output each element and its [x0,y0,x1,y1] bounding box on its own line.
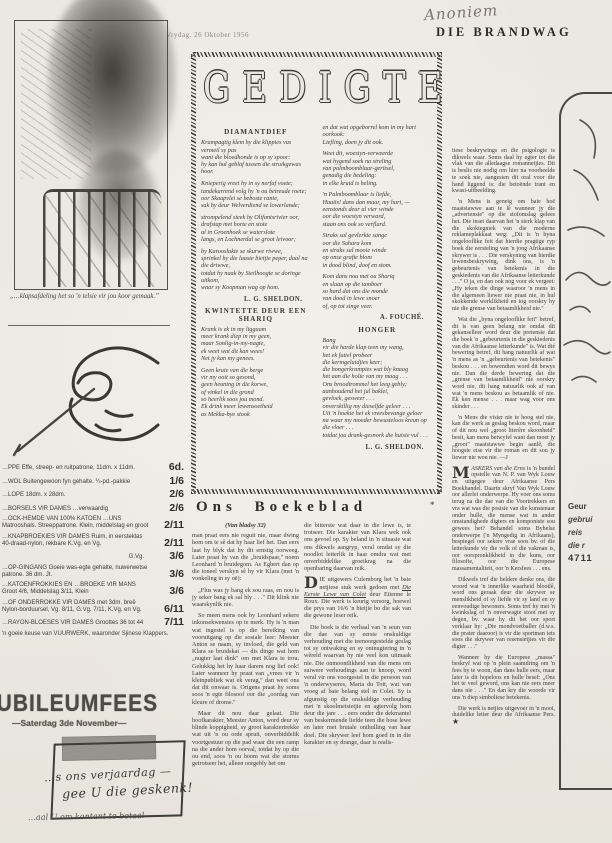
right-ad-sketch [560,110,612,430]
jubileumfees-date: —Saterdag 3de November— [12,718,126,728]
book-title-maskers: ASKERS van die Erns [471,466,525,472]
poem-title-honger: HONGER [323,327,433,334]
column-divider [8,325,170,326]
cartoon-caption: „…klapsafdeling het so 'n telsie vir jou… [10,293,172,302]
price-row: …WOL Buitengewoon fyn gehalte. ¼-pd.-pak… [2,476,184,486]
rope-border-top [191,52,442,57]
poem-stanza: Geen kruie van die berge vir my ooit so … [201,367,311,418]
boekeblad-heading: Ons Boekeblad [196,499,367,516]
jubileumfees-heading: JUBILEUMFEES [0,690,194,718]
poem-stanza: Bang vir die harde klap teen my wang, he… [323,337,433,439]
price-row: …KNAPBROEKIES VIR DAMES Ruim, in eerstek… [2,534,184,548]
review-column-right: tiese beskrywings en die psigologie is d… [452,148,555,731]
continuation-note: (Van bladsy 32) [192,522,299,529]
rope-border-bottom [191,489,442,494]
price-row: …BORSELS VIR DAMES …verwaardig 2/6 [2,503,184,513]
item-price: 3/6 [150,586,184,596]
advert-price-list: …PPE Effe, streep- en ruitpatrone, 11dm.… [2,462,184,638]
price-row: …OP-GINGANG Goeie was-egte gehalte, nuwe… [2,565,184,579]
item-desc: …OP-GINGANG Goeie was-egte gehalte, nuwe… [2,565,150,579]
right-ad-text: Geur gebrui reis die r 4711 [568,500,612,565]
ad-line: Geur [568,500,612,513]
item-price: 1/6 [150,476,184,486]
price-row: …KATOENFROKKIES EN …BROEKE VIR MANS Groo… [2,582,184,596]
item-price: 7/11 [150,617,184,627]
price-row: …RAYON-BLOESES VIR DAMES Groottes 36 tot… [2,617,184,627]
poem-stanza: Knieperig vreet hy in sy nerfaf voete; t… [201,180,311,209]
item-desc: …KATOENFROKKIES EN …BROEKE VIR MANS Groo… [2,582,150,596]
ad-line: die r [568,539,612,552]
ink-smudge [48,0,176,173]
gedigte-title: GEDIGTE [191,63,442,113]
review-paragraph: Wanneer hy die Europese „massa" beskryf … [452,655,555,702]
item-price: 3/6 [150,551,184,561]
price-row: …LOPE 18dm. x 28dm. 2/6 [2,489,184,499]
review-paragraph: Die werk is netjies uitgevoer in 'n mooi… [452,706,555,727]
review-text: is 'n bundel opstelle van N. P. van Wyk … [452,466,555,573]
date-line: Vrydag, 26 Oktober 1956 [166,31,249,39]
review-paragraph: Dikwels tref die heldere denke ons, die … [452,577,555,651]
asterisk-mark: * [430,500,435,510]
poem-stanza: strompelend steek hy Olifantsrivier oor,… [201,214,311,243]
boekeblad-column-2: die bitterste wat daar in die lewe is, t… [304,522,411,750]
dropcap-d: D [304,576,318,589]
review-text: IE uitgewers Culemborg het 'n baie netji… [319,576,411,590]
dropcap-m: M [452,466,470,479]
item-desc: …OF ONDERROKKE VIR DAMES met 3dm. breë N… [2,600,150,614]
poem-author: L. G. SHELDON. [323,444,425,451]
ad-line: gebrui [568,513,612,526]
item-desc: …LOPE 18dm. x 28dm. [2,492,150,499]
review-paragraph: 'n Mens is geneig om baie hoë maatstawwe… [452,199,555,313]
poem-author: L. G. SHELDON. [201,296,303,303]
price-row: G.Vg. 3/6 [2,551,184,561]
ad-brand-4711: 4711 [568,552,612,565]
review-paragraph: „Flus was jy bang ek sou raas, en nou is… [192,587,299,609]
handwritten-line-3: …aal U om kontant te betaal [28,811,144,822]
review-paragraph: DIE uitgewers Culemborg het 'n baie netj… [304,576,411,619]
review-paragraph: tiese beskrywings en die psigologie is d… [452,148,555,195]
price-row: …PPE Effe, streep- en ruitpatrone, 11dm.… [2,462,184,472]
star-icon: ★ [452,717,459,726]
poem-stanza: by Karooslakte se skurwe riwwe, sprinkel… [201,248,311,292]
item-desc: …KNAPBROEKIES VIR DAMES Ruim, in eerstek… [2,534,150,548]
review-paragraph: 'n Mens die visier nie te hoog stel nie,… [452,415,555,462]
rope-border-right [437,52,442,494]
ad-line: reis [568,526,612,539]
poem-author: A. FOUCHÉ. [323,314,425,321]
poem-stanza: 'n Palmboomblaar is liefde, Haaits! dans… [323,191,433,227]
price-row: …OF ONDERROKKE VIR DAMES met 3dm. breë N… [2,600,184,614]
poem-stanza: Weet dit, woestyn-verweerde wat hygend s… [323,150,433,186]
ink-smudge-lower [78,150,158,260]
poem-stanza: Straks sal gevlerkte sange oor die Sahar… [323,232,433,268]
newspaper-page-scan: { "page": { "annotation": "Anoniem", "da… [0,0,612,843]
item-desc: …RAYON-BLOESES VIR DAMES Groottes 36 tot… [2,620,150,627]
poem-stanza: Kom dans nou met ou Shariq en slaan op d… [323,273,433,309]
rope-border-left [191,52,196,494]
hand-pen-drawing [8,333,176,459]
poem-stanza: en dat wat opgeborrel kom in my hart oor… [323,124,433,146]
review-paragraph: Maar dit nou daar gelaat. Die hoofkarakt… [192,710,299,768]
poem-title-kwintette: KWINTETTE DEUR EEN SHARIQ [201,308,311,323]
review-paragraph: Wat die „byna ongelooflike feit" betref,… [452,317,555,411]
item-desc: …WOL Buitengewoon fyn gehalte. ¼-pd.-pak… [2,479,150,486]
poem-column-left: DIAMANTDIEF Krampagtig klem hy die klipp… [201,124,311,455]
review-paragraph: man praat eers nie reguit nie, maar dwin… [192,532,299,582]
review-paragraph: Die boek is die verhaal van 'n seun van … [304,624,411,746]
item-price: 2/11 [150,538,184,548]
masthead-title: DIE BRANDWAG [436,25,572,40]
item-price: 2/6 [150,489,184,499]
boekeblad-column-1: (Van bladsy 32) man praat eers nie regui… [192,522,299,772]
poem-title-diamantdief: DIAMANTDIEF [201,129,311,136]
item-desc: …PPE Effe, streep- en ruitpatrone, 11dm.… [2,465,150,472]
item-price: 2/6 [150,503,184,513]
poem-stanza: Krank is ek in my liggaam meer krank die… [201,326,311,362]
handwritten-annotation: Anoniem [424,0,545,24]
vuurwerk-note: 'n goeie keuse van VUURWERK, waaronder S… [2,631,184,638]
item-desc: …OCK-HEMDE VAN 100% KATOEN …UNS Matroosh… [2,516,150,530]
item-desc: G.Vg. [2,554,150,561]
item-price: 6d. [150,462,184,472]
price-row: …OCK-HEMDE VAN 100% KATOEN …UNS Matroosh… [2,516,184,530]
review-paragraph: MASKERS van die Erns is 'n bundel opstel… [452,466,555,573]
poem-stanza: Krampagtig klem hy die klippies vas verm… [201,139,311,175]
item-price: 6/11 [150,604,184,614]
poem-column-right: en dat wat opgeborrel kom in my hart oor… [323,124,433,455]
item-price: 2/11 [150,520,184,530]
item-price: 3/6 [150,569,184,579]
review-paragraph: die bitterste wat daar in die lewe is, t… [304,522,411,572]
item-desc: …BORSELS VIR DAMES …verwaardig [2,506,150,513]
review-text: Die werk is netjies uitgevoer in 'n mooi… [452,706,555,719]
gedigte-box: GEDIGTE DIAMANTDIEF Krampagtig klem hy d… [191,52,442,494]
review-paragraph: So meen mens ook by Leonhard sekere inko… [192,612,299,706]
